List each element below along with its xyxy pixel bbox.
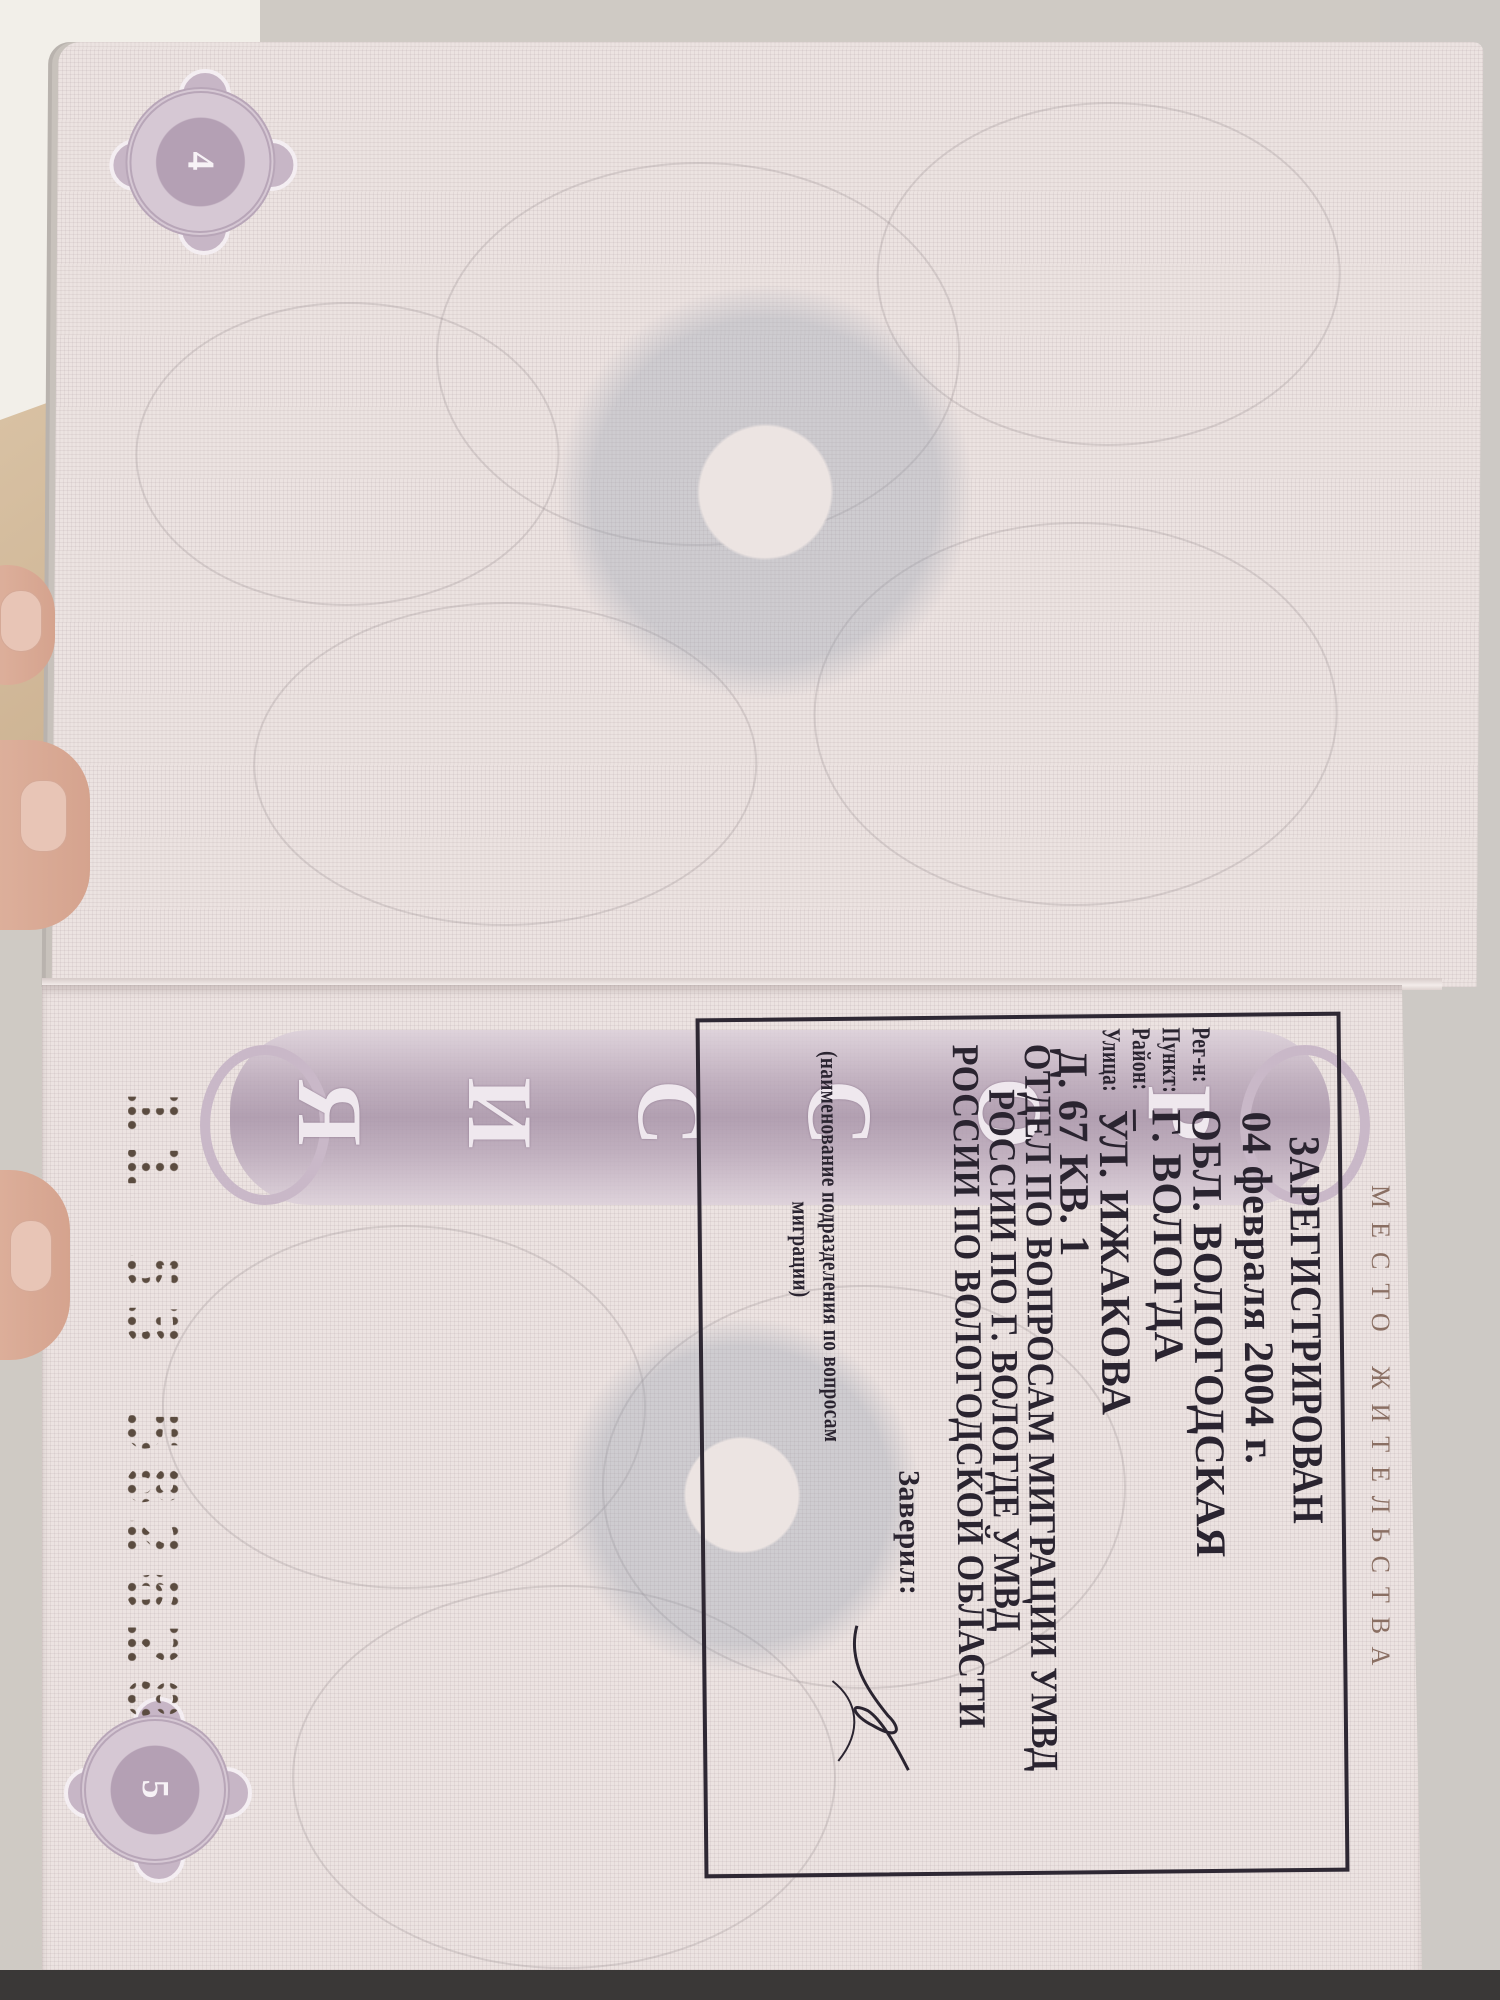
fingernail <box>0 590 42 652</box>
fingernail <box>20 780 67 852</box>
page-number: 4 <box>178 76 223 246</box>
page-number-rosette: 5 <box>70 1705 240 1875</box>
certified-label: Заверил: <box>891 1470 926 1596</box>
ornament-letter: И <box>435 1053 565 1173</box>
section-caption: МЕСТО ЖИТЕЛЬСТВА <box>1365 1185 1395 1679</box>
finger <box>0 740 90 930</box>
stamp-title: ЗАРЕГИСТРИРОВАН <box>1279 1136 1334 1525</box>
footnote-line: (наименование подразделения по вопросам <box>814 1051 845 1443</box>
stamp-content: ЗАРЕГИСТРИРОВАН 04 февраля 2004 г. Рег-н… <box>696 1016 1350 1883</box>
signature <box>817 1620 929 1781</box>
registration-stamp: ЗАРЕГИСТРИРОВАН 04 февраля 2004 г. Рег-н… <box>696 1012 1350 1879</box>
fingernail <box>10 1220 52 1292</box>
field-label-district: Район: <box>1126 1028 1157 1091</box>
passport-page-top: 4 <box>52 42 1484 987</box>
footnote-line: миграции) <box>785 1201 813 1298</box>
field-label-street: Улица: <box>1096 1028 1127 1092</box>
perforated-serial-number: 11 53 582628 <box>111 1090 195 1730</box>
field-value-locality: Г. ВОЛОГДА <box>1141 1109 1192 1362</box>
ornament-letter: Я <box>265 1053 395 1173</box>
watermark-emblem <box>554 282 977 702</box>
stamp-date: 04 февраля 2004 г. <box>1232 1111 1284 1464</box>
finger <box>0 1170 70 1360</box>
authority-line: РОССИИ ПО ВОЛОГОДСКОЙ ОБЛАСТИ <box>943 1044 994 1729</box>
field-label-locality: Пункт: <box>1156 1027 1187 1093</box>
background-edge <box>0 1970 1500 2000</box>
field-label-region: Рег-н: <box>1186 1027 1217 1083</box>
page-number-rosette: 4 <box>115 77 286 247</box>
